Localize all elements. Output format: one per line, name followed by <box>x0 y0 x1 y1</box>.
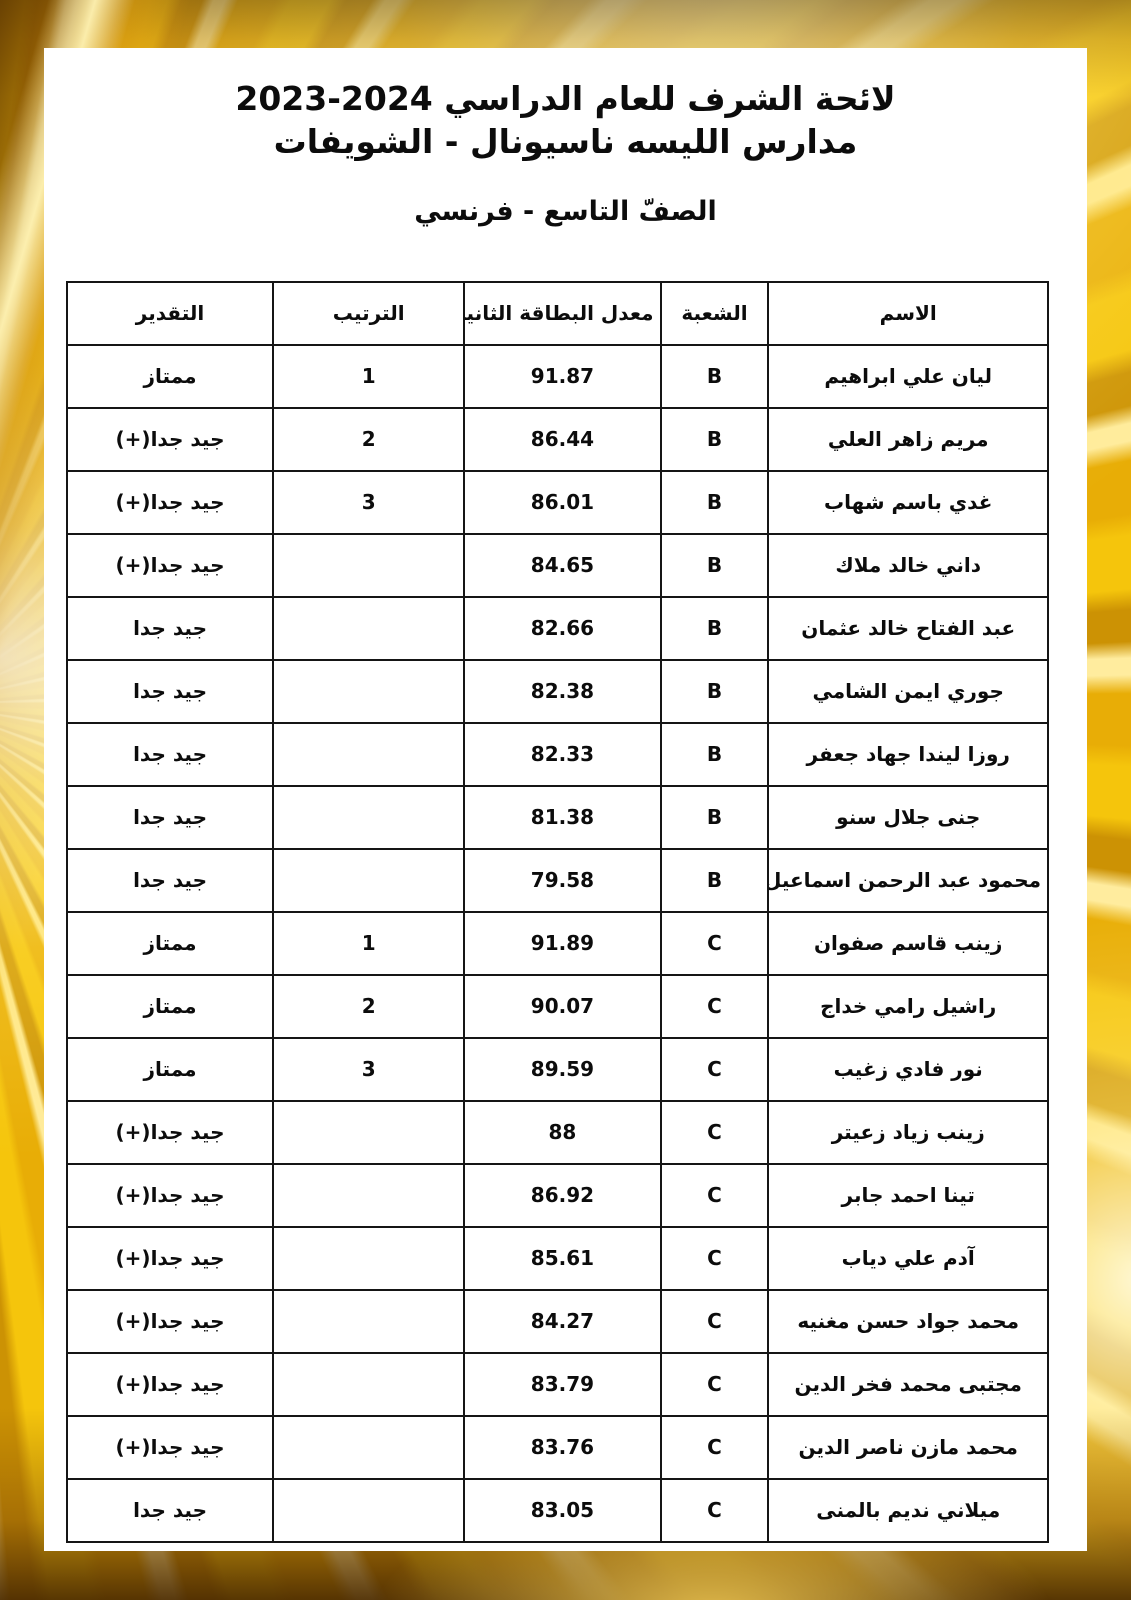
column-header-average: معدل البطاقة الثانية <box>464 282 660 345</box>
cell-name: تينا احمد جابر <box>768 1164 1048 1227</box>
cell-rank: 1 <box>273 912 464 975</box>
cell-average: 90.07 <box>464 975 660 1038</box>
cell-rank <box>273 1479 464 1542</box>
cell-average: 83.05 <box>464 1479 660 1542</box>
table-row: جوري ايمن الشاميB82.38جيد جدا <box>67 660 1048 723</box>
table-row: روزا ليندا جهاد جعفرB82.33جيد جدا <box>67 723 1048 786</box>
class-subtitle: الصفّ التاسع - فرنسي <box>44 194 1087 229</box>
cell-section: C <box>661 1416 769 1479</box>
cell-name: مجتبى محمد فخر الدين <box>768 1353 1048 1416</box>
table-row: آدم علي ديابC85.61جيد جدا(+) <box>67 1227 1048 1290</box>
column-header-rank: الترتيب <box>273 282 464 345</box>
cell-rank <box>273 1227 464 1290</box>
cell-section: B <box>661 786 769 849</box>
cell-name: محمد جواد حسن مغنيه <box>768 1290 1048 1353</box>
cell-average: 79.58 <box>464 849 660 912</box>
cell-grade: جيد جدا(+) <box>67 1416 273 1479</box>
cell-section: C <box>661 1353 769 1416</box>
document-title-line1: لائحة الشرف للعام الدراسي 2024-2023 <box>44 78 1087 121</box>
cell-name: غدي باسم شهاب <box>768 471 1048 534</box>
cell-section: B <box>661 660 769 723</box>
cell-section: B <box>661 408 769 471</box>
column-header-grade: التقدير <box>67 282 273 345</box>
cell-name: مريم زاهر العلي <box>768 408 1048 471</box>
table-row: نور فادي زغيبC89.593ممتاز <box>67 1038 1048 1101</box>
document-card: لائحة الشرف للعام الدراسي 2024-2023 مدار… <box>44 48 1087 1551</box>
cell-rank <box>273 534 464 597</box>
cell-rank <box>273 1290 464 1353</box>
cell-grade: جيد جدا(+) <box>67 1101 273 1164</box>
cell-rank: 3 <box>273 471 464 534</box>
cell-average: 85.61 <box>464 1227 660 1290</box>
cell-name: جنى جلال سنو <box>768 786 1048 849</box>
column-header-section: الشعبة <box>661 282 769 345</box>
cell-average: 86.01 <box>464 471 660 534</box>
cell-average: 82.33 <box>464 723 660 786</box>
cell-average: 83.76 <box>464 1416 660 1479</box>
cell-grade: جيد جدا <box>67 849 273 912</box>
cell-section: C <box>661 1227 769 1290</box>
document-title-line2: مدارس الليسه ناسيونال - الشويفات <box>44 121 1087 164</box>
table-row: محمد مازن ناصر الدينC83.76جيد جدا(+) <box>67 1416 1048 1479</box>
cell-average: 82.38 <box>464 660 660 723</box>
table-row: مريم زاهر العليB86.442جيد جدا(+) <box>67 408 1048 471</box>
table-row: تينا احمد جابرC86.92جيد جدا(+) <box>67 1164 1048 1227</box>
table-row: غدي باسم شهابB86.013جيد جدا(+) <box>67 471 1048 534</box>
table-row: ليان علي ابراهيمB91.871ممتاز <box>67 345 1048 408</box>
honor-roll-table: الاسمالشعبةمعدل البطاقة الثانيةالترتيبال… <box>66 281 1049 1543</box>
cell-rank <box>273 597 464 660</box>
cell-rank <box>273 786 464 849</box>
cell-average: 83.79 <box>464 1353 660 1416</box>
cell-name: زينب قاسم صفوان <box>768 912 1048 975</box>
cell-rank <box>273 849 464 912</box>
cell-average: 91.87 <box>464 345 660 408</box>
cell-rank <box>273 1353 464 1416</box>
cell-name: ليان علي ابراهيم <box>768 345 1048 408</box>
cell-section: C <box>661 1479 769 1542</box>
cell-grade: جيد جدا(+) <box>67 471 273 534</box>
column-header-name: الاسم <box>768 282 1048 345</box>
cell-name: راشيل رامي خداج <box>768 975 1048 1038</box>
cell-section: C <box>661 975 769 1038</box>
cell-average: 84.27 <box>464 1290 660 1353</box>
document-header: لائحة الشرف للعام الدراسي 2024-2023 مدار… <box>44 48 1087 229</box>
table-row: ميلاني نديم بالمنىC83.05جيد جدا <box>67 1479 1048 1542</box>
table-header-row: الاسمالشعبةمعدل البطاقة الثانيةالترتيبال… <box>67 282 1048 345</box>
cell-rank: 2 <box>273 975 464 1038</box>
cell-name: محمود عبد الرحمن اسماعيل <box>768 849 1048 912</box>
cell-average: 81.38 <box>464 786 660 849</box>
cell-section: B <box>661 471 769 534</box>
cell-grade: جيد جدا(+) <box>67 1227 273 1290</box>
cell-section: C <box>661 1101 769 1164</box>
cell-grade: جيد جدا <box>67 723 273 786</box>
cell-average: 84.65 <box>464 534 660 597</box>
table-row: محمد جواد حسن مغنيهC84.27جيد جدا(+) <box>67 1290 1048 1353</box>
table-head: الاسمالشعبةمعدل البطاقة الثانيةالترتيبال… <box>67 282 1048 345</box>
cell-average: 91.89 <box>464 912 660 975</box>
cell-grade: ممتاز <box>67 345 273 408</box>
table-row: عبد الفتاح خالد عثمانB82.66جيد جدا <box>67 597 1048 660</box>
cell-average: 82.66 <box>464 597 660 660</box>
table-row: مجتبى محمد فخر الدينC83.79جيد جدا(+) <box>67 1353 1048 1416</box>
cell-section: C <box>661 1164 769 1227</box>
cell-name: جوري ايمن الشامي <box>768 660 1048 723</box>
table-row: محمود عبد الرحمن اسماعيلB79.58جيد جدا <box>67 849 1048 912</box>
cell-rank: 3 <box>273 1038 464 1101</box>
cell-rank <box>273 1101 464 1164</box>
cell-average: 89.59 <box>464 1038 660 1101</box>
cell-rank <box>273 660 464 723</box>
cell-grade: ممتاز <box>67 1038 273 1101</box>
page-background: لائحة الشرف للعام الدراسي 2024-2023 مدار… <box>0 0 1131 1600</box>
cell-name: داني خالد ملاك <box>768 534 1048 597</box>
cell-rank: 1 <box>273 345 464 408</box>
cell-average: 86.44 <box>464 408 660 471</box>
cell-rank <box>273 1164 464 1227</box>
cell-name: ميلاني نديم بالمنى <box>768 1479 1048 1542</box>
table-row: زينب قاسم صفوانC91.891ممتاز <box>67 912 1048 975</box>
cell-grade: جيد جدا(+) <box>67 1353 273 1416</box>
cell-grade: جيد جدا <box>67 1479 273 1542</box>
cell-section: B <box>661 849 769 912</box>
cell-grade: جيد جدا <box>67 597 273 660</box>
cell-section: C <box>661 1038 769 1101</box>
cell-grade: جيد جدا(+) <box>67 1290 273 1353</box>
cell-section: B <box>661 597 769 660</box>
cell-grade: جيد جدا(+) <box>67 408 273 471</box>
cell-section: B <box>661 345 769 408</box>
cell-grade: جيد جدا(+) <box>67 534 273 597</box>
cell-name: محمد مازن ناصر الدين <box>768 1416 1048 1479</box>
cell-grade: ممتاز <box>67 975 273 1038</box>
cell-name: نور فادي زغيب <box>768 1038 1048 1101</box>
cell-average: 88 <box>464 1101 660 1164</box>
cell-section: B <box>661 534 769 597</box>
cell-name: زينب زياد زعيتر <box>768 1101 1048 1164</box>
cell-rank: 2 <box>273 408 464 471</box>
cell-grade: جيد جدا <box>67 660 273 723</box>
table-row: زينب زياد زعيترC88جيد جدا(+) <box>67 1101 1048 1164</box>
cell-grade: ممتاز <box>67 912 273 975</box>
table-row: راشيل رامي خداجC90.072ممتاز <box>67 975 1048 1038</box>
cell-rank <box>273 1416 464 1479</box>
cell-name: عبد الفتاح خالد عثمان <box>768 597 1048 660</box>
table-row: جنى جلال سنوB81.38جيد جدا <box>67 786 1048 849</box>
cell-section: B <box>661 723 769 786</box>
cell-average: 86.92 <box>464 1164 660 1227</box>
cell-section: C <box>661 912 769 975</box>
cell-name: آدم علي دياب <box>768 1227 1048 1290</box>
cell-grade: جيد جدا(+) <box>67 1164 273 1227</box>
cell-name: روزا ليندا جهاد جعفر <box>768 723 1048 786</box>
table-body: ليان علي ابراهيمB91.871ممتازمريم زاهر ال… <box>67 345 1048 1542</box>
table-row: داني خالد ملاكB84.65جيد جدا(+) <box>67 534 1048 597</box>
cell-section: C <box>661 1290 769 1353</box>
cell-rank <box>273 723 464 786</box>
cell-grade: جيد جدا <box>67 786 273 849</box>
